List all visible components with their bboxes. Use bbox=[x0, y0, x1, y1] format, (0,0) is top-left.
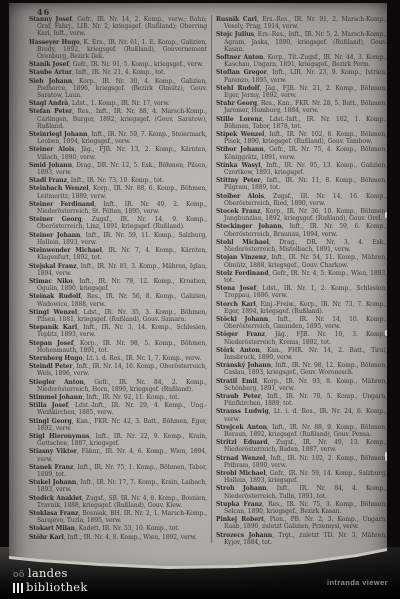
column-divider bbox=[211, 15, 212, 543]
entry: Stepanik Karl, Inft., IR. Nr. 3, 14. Kom… bbox=[29, 324, 207, 338]
entry: Stanny Josef, Gefr., IR. Nr. 14, 2. Komp… bbox=[29, 16, 207, 38]
entry: Stohl Michael, Drag., DR. Nr. 3, 4. Esk.… bbox=[216, 239, 387, 253]
entry: Stuhr Georg, Res., Kan., FKR. Nr. 28, 5.… bbox=[216, 100, 387, 114]
entry: Sternberg Hugo, Lt. i. d. Res., IR. Nr. … bbox=[29, 355, 207, 362]
entry: Rusnik Carl, Ers.-Res., IR. Nr. 91, 2. M… bbox=[216, 16, 387, 30]
entry: Störk Anton, Kan., FHR. Nr. 14, 2. Batt.… bbox=[216, 347, 387, 361]
entry: Stipek Wenzel, Inft., IR. Nr. 102, 6. Ko… bbox=[216, 131, 387, 145]
entry: Stimac Niko, Inft., IR. Nr. 79, 12. Komp… bbox=[29, 278, 207, 292]
entry: Sieb Johann, Korp., IR. Nr. 30, 4. Komp.… bbox=[29, 78, 207, 100]
entry: Hasseyer Hugo, K. Ers., IR. Nr. 61, 1. E… bbox=[29, 39, 207, 61]
entry: Steiner Georg, Zugsf., IR. Nr. 14, 9. Ko… bbox=[29, 216, 207, 230]
entry: Stepan Josef, Korp., IR. Nr. 98, 5. Komp… bbox=[29, 340, 207, 354]
entry: Stagl Andrä, Ldst., 1. Komp., IR. Nr. 17… bbox=[29, 100, 207, 107]
entry: Strauss Ludwig, Lt. i. d. Res., IR. Nr. … bbox=[216, 408, 387, 422]
entry: Stimmel Johann, Inft., IR. Nr. 92, 11. K… bbox=[29, 394, 207, 401]
entry: Stibor Johann, Gefr., IR. Nr. 75, 4. Kom… bbox=[216, 146, 387, 160]
logo-line1: oölandes bbox=[13, 566, 88, 581]
page-edge-glint bbox=[385, 452, 388, 461]
entry: Stroh Johann, Inft., IR. Nr. 84, 4. Komp… bbox=[216, 485, 387, 499]
entry: Stinka Wasyl, Inft., IR. Nr. 95, 13. Kom… bbox=[216, 162, 387, 176]
entry: Steinbach Wenzel, Korp., IR. Nr. 88, 6. … bbox=[29, 185, 207, 199]
entry: Strejcek Anton, Inft., IR. Nr. 88, 9. Ko… bbox=[216, 424, 387, 438]
entry: Stadl Franz, Inft., IR. Nr. 73, 10. Komp… bbox=[29, 177, 207, 184]
text-column-left: Stanny Josef, Gefr., IR. Nr. 14, 2. Komp… bbox=[29, 16, 207, 548]
logo-line2: bibliothek bbox=[13, 582, 88, 593]
entry: Stingl Georg, Kan., FKR. Nr. 42, 3. Batt… bbox=[29, 418, 207, 432]
entry: Stolz Ferdinand, Gefr., IR. Nr. 4, 5. Ko… bbox=[216, 270, 387, 284]
entry: Storch Karl, Einj.-Freiw., Korp., IR. Nr… bbox=[216, 301, 387, 315]
entry: Stoklasa Franz, Bosniak, BH. IR. Nr. 2, … bbox=[29, 510, 207, 524]
entry: Strnad Wenzel, Inft., IR. Nr. 102, 2. Ko… bbox=[216, 455, 387, 469]
entry: Softner Anton, Korp., Tit.-Zugsf., IR. N… bbox=[216, 54, 387, 68]
entry: Stukel Johann, Inft., IR. Nr. 17, 7. Kom… bbox=[29, 479, 207, 493]
logo-bars-icon bbox=[13, 583, 23, 593]
entry: Stokart Milan, Kadett, IR. Nr. 53, 10. K… bbox=[29, 525, 207, 532]
entry: Stojc Julius, Ers.-Res., Inft., IR. Nr. … bbox=[216, 31, 387, 53]
entry: Stanik Josef, Gefr., IR. Nr. 91, 5. Komp… bbox=[29, 61, 207, 68]
entry: Stodick Anaklet, Zugsf., SB. IR. Nr. 4, … bbox=[29, 495, 207, 509]
entry: Stritzl Eduard, Zugsf., IR. Nr. 49, 13. … bbox=[216, 439, 387, 453]
entry: Stefan Peter, Res., Inft., IR. Nr. 88, 4… bbox=[29, 108, 207, 130]
entry: Steiner Ferdinand, Inft., IR. Nr. 49, 2.… bbox=[29, 201, 207, 215]
logo-bibliothek-label: bibliothek bbox=[26, 582, 87, 593]
library-logo[interactable]: oölandes bibliothek bbox=[13, 566, 88, 593]
entry: Stratil Emil, Korp., IR. Nr. 93, 8. Komp… bbox=[216, 378, 387, 392]
viewer-brand-label[interactable]: intranda viewer bbox=[327, 578, 388, 587]
entry: Stanek Franz, Inft., IR. Nr. 75, 1. Komp… bbox=[29, 464, 207, 478]
page-edge-glint bbox=[385, 330, 388, 336]
entry: Stona Josef, Ldst., IR. Nr. 1, 2. Komp.,… bbox=[216, 285, 387, 299]
entry: Staube Artur, Inft., IR. Nr. 21, 4. Komp… bbox=[29, 69, 207, 76]
entry: Stiegler Anton, Gefr., IR. Nr. 84, 2. Ko… bbox=[29, 379, 207, 393]
entry: Stilla Josef, Ldst.-Inft., IR. Nr. 29, 4… bbox=[29, 402, 207, 416]
entry: Smid Johann, Drag., DR. Nr. 12, 5. Esk.,… bbox=[29, 162, 207, 176]
entry: Stille Lorenz, Ldst.-Inft., IR. Nr. 102,… bbox=[216, 116, 387, 130]
text-column-right: Rusnik Carl, Ers.-Res., IR. Nr. 91, 2. M… bbox=[216, 16, 387, 552]
page-edge-glint bbox=[385, 212, 388, 218]
scanned-page: 46 Stanny Josef, Gefr., IR. Nr. 14, 2. K… bbox=[9, 3, 387, 570]
entry: Stingl Wenzel, Ldst., IR. Nr. 35, 3. Kom… bbox=[29, 309, 207, 323]
entry: Stoiber Alois, Zugsf., IR. Nr. 14, 16. K… bbox=[216, 193, 387, 207]
entry: Steiner Johann, Inft., IR. Nr. 59, 11. K… bbox=[29, 232, 207, 246]
entry: Stránský Johann, Inft., IR. Nr. 98, 12. … bbox=[216, 362, 387, 376]
entry: Stittny Peter, Inft., IR. Nr. 11, 8. Kom… bbox=[216, 177, 387, 191]
entry: Stehl Rudolf, Jäg., FJB. Nr. 21, 2. Komp… bbox=[216, 85, 387, 99]
logo-landes-label: landes bbox=[28, 566, 68, 580]
logo-prefix: oö bbox=[13, 570, 25, 580]
entry: Steinak Rudolf, Res., IR. Nr. 56, 8. Kom… bbox=[29, 293, 207, 307]
entry: Straub Peter, Inft., IR. Nr. 70, 5. Komp… bbox=[216, 393, 387, 407]
entry: Stoflan Gregor, Inft., LIR. Nr. 23, 9. K… bbox=[216, 69, 387, 83]
entry: Stupka Franz, Res., IR. Nr. 75, 3. Komp.… bbox=[216, 501, 387, 515]
entry: Steiner Alois, Jäg., FJB. Nr. 13, 2. Kom… bbox=[29, 146, 207, 160]
entry: Stigl Hieronymus, Inft., IR. Nr. 22, 9. … bbox=[29, 433, 207, 447]
entry: Strobl Michael, Gefr., IR. Nr. 59, 14. K… bbox=[216, 470, 387, 484]
entry: Pinkej Robert, Pion., PB. Nr. 2, 3. Komp… bbox=[216, 516, 387, 530]
entry: Strozecs Johann, Trgt., zuletzt TD. Nr. … bbox=[216, 532, 387, 546]
entry: Stöhr Karl, Inft., IR. Nr. 4, 8. Komp., … bbox=[29, 534, 207, 541]
entry: Steinwender Michael, IR. Nr. 7, 4. Komp.… bbox=[29, 247, 207, 261]
entry: Stöckl Johann, Inft., IR. Nr. 14, 10. Ko… bbox=[216, 316, 387, 330]
entry: Stöger Franz, Jäg., FJB. Nr. 10, 3. Komp… bbox=[216, 331, 387, 345]
entry: Steindl Peter, Inft., IR. Nr. 14, 16. Ko… bbox=[29, 363, 207, 377]
entry: Stocek Franz, Korp., IR. Nr. 36, 10. Kom… bbox=[216, 208, 387, 222]
viewer-canvas: 46 Stanny Josef, Gefr., IR. Nr. 14, 2. K… bbox=[0, 0, 400, 599]
entry: Stejskal Franz, Inft., IR. Nr. 81, 3. Ko… bbox=[29, 263, 207, 277]
entry: Steinriegl Johann, Inft., IR. Nr. 59, 7.… bbox=[29, 131, 207, 145]
entry: Stiasny Viktor, Fähnr., IR. Nr. 4, 6. Ko… bbox=[29, 448, 207, 462]
entry: Stockinger Johann, Inft., IR. Nr. 59, 6.… bbox=[216, 223, 387, 237]
entry: Stojan Vinzenz, Inft., IR. Nr. 54, 11. K… bbox=[216, 254, 387, 268]
